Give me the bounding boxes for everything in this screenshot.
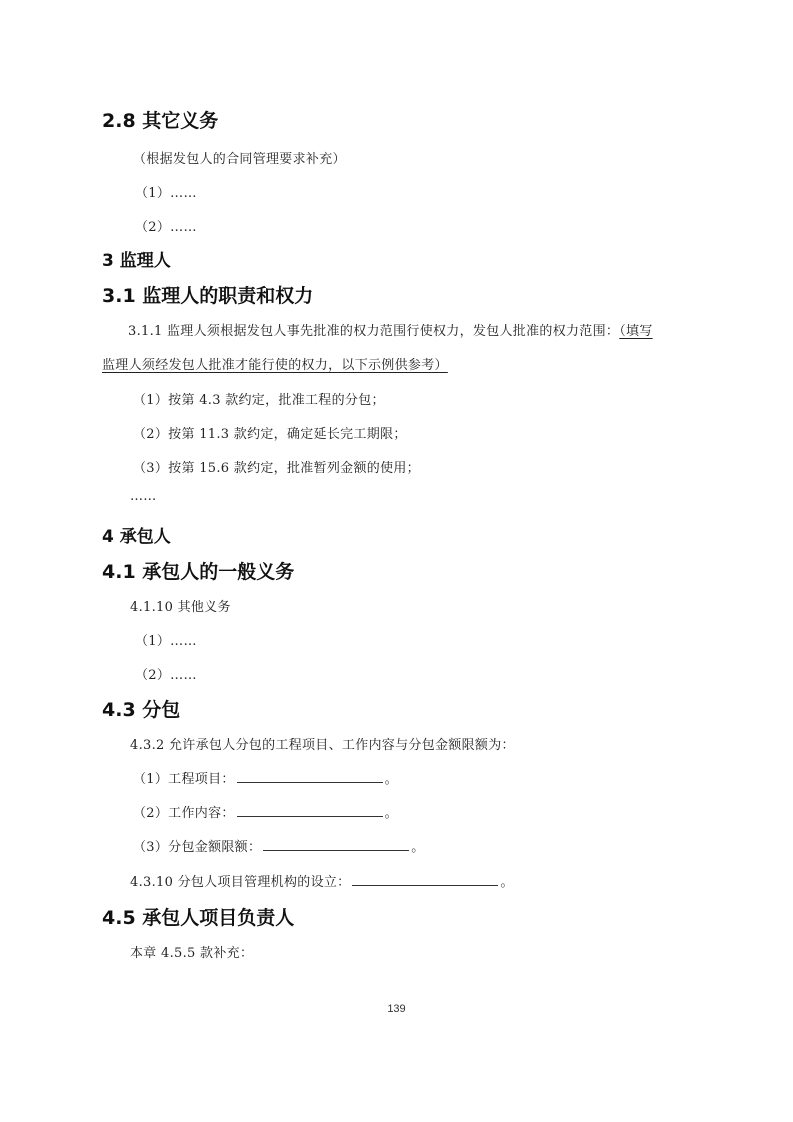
clause-4-3-10-end: 。 xyxy=(500,875,513,890)
page-number: 139 xyxy=(0,1003,793,1015)
document-page: 2.8 其它义务 （根据发包人的合同管理要求补充） （1）…… （2）…… 3 … xyxy=(0,0,793,1122)
text-4-5-5: 本章 4.5.5 款补充： xyxy=(130,942,253,961)
field-subcontract-limit-end: 。 xyxy=(411,840,424,855)
heading-2-8: 2.8 其它义务 xyxy=(102,106,218,133)
note-2-8: （根据发包人的合同管理要求补充） xyxy=(133,148,346,167)
heading-4-3: 4.3 分包 xyxy=(102,695,180,722)
list-item-3-1-2: （2）按第 11.3 款约定，确定延长完工期限； xyxy=(133,423,407,442)
field-project: （1）工程项目：。 xyxy=(133,768,398,787)
field-project-label: （1）工程项目： xyxy=(133,772,235,787)
clause-3-1-1-fill-hint: （填写 xyxy=(619,324,652,339)
list-item-4-1-1: （1）…… xyxy=(135,630,197,649)
field-work-content-end: 。 xyxy=(385,806,398,821)
heading-4: 4 承包人 xyxy=(102,522,171,547)
field-subcontract-limit-input[interactable] xyxy=(263,838,409,851)
heading-4-1: 4.1 承包人的一般义务 xyxy=(102,557,294,584)
clause-3-1-1: 3.1.1 监理人须根据发包人事先批准的权力范围行使权力，发包人批准的权力范围：… xyxy=(128,320,653,339)
clause-4-3-10: 4.3.10 分包人项目管理机构的设立：。 xyxy=(130,871,514,890)
clause-4-3-10-label: 4.3.10 分包人项目管理机构的设立： xyxy=(130,875,350,890)
list-item-2-8-1: （1）…… xyxy=(135,182,197,201)
field-subcontract-limit-label: （3）分包金额限额： xyxy=(133,840,261,855)
clause-3-1-1-fill-hint-cont: 监理人须经发包人批准才能行使的权力，以下示例供参考） xyxy=(102,354,448,373)
field-work-content-input[interactable] xyxy=(237,804,383,817)
heading-3-1: 3.1 监理人的职责和权力 xyxy=(102,281,313,308)
ellipsis-3-1: …… xyxy=(130,489,157,504)
heading-3: 3 监理人 xyxy=(102,246,171,271)
list-item-3-1-3: （3）按第 15.6 款约定，批准暂列金额的使用； xyxy=(133,457,420,476)
list-item-4-1-2: （2）…… xyxy=(135,664,197,683)
field-subcontract-limit: （3）分包金额限额：。 xyxy=(133,836,425,855)
field-work-content: （2）工作内容：。 xyxy=(133,802,398,821)
clause-4-3-10-input[interactable] xyxy=(352,873,498,886)
clause-3-1-1-text: 3.1.1 监理人须根据发包人事先批准的权力范围行使权力，发包人批准的权力范围： xyxy=(128,324,619,339)
heading-4-5: 4.5 承包人项目负责人 xyxy=(102,903,294,930)
field-project-input[interactable] xyxy=(237,770,383,783)
list-item-2-8-2: （2）…… xyxy=(135,216,197,235)
clause-4-1-10: 4.1.10 其他义务 xyxy=(130,596,231,615)
clause-4-3-2: 4.3.2 允许承包人分包的工程项目、工作内容与分包金额限额为： xyxy=(130,734,515,753)
field-work-content-label: （2）工作内容： xyxy=(133,806,235,821)
list-item-3-1-1: （1）按第 4.3 款约定，批准工程的分包； xyxy=(133,389,385,408)
field-project-end: 。 xyxy=(385,772,398,787)
